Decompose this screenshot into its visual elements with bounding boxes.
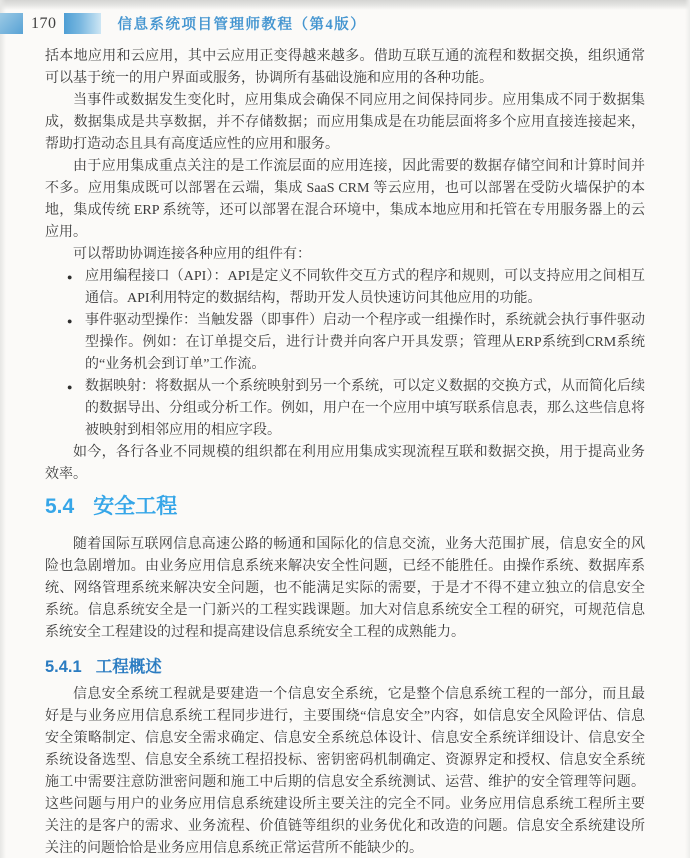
bullet-item-text: 数据映射：将数据从一个系统映射到另一个系统，可以定义数据的交换方式，从而简化后续…: [85, 376, 645, 442]
bullet-list: ● 应用编程接口（API）：API是定义不同软件交互方式的程序和规则，可以支持应…: [45, 266, 645, 442]
body-paragraph-components-lead-in: 可以帮助协调连接各种应用的组件有：: [45, 244, 645, 266]
bullet-dot-icon: ●: [67, 376, 85, 442]
subsection-paragraph: 信息安全系统工程就是要建造一个信息安全系统，它是整个信息系统工程的一部分，而且最…: [45, 684, 645, 858]
bullet-item-text: 事件驱动型操作：当触发器（即事件）启动一个程序或一组操作时，系统就会执行事件驱动…: [85, 310, 645, 376]
header-accent-bar: [64, 13, 101, 34]
book-title: 信息系统项目管理师教程（第4版）: [118, 13, 367, 34]
bullet-item-data-mapping: ● 数据映射：将数据从一个系统映射到另一个系统，可以定义数据的交换方式，从而简化…: [67, 376, 645, 442]
book-page: 170 信息系统项目管理师教程（第4版） 括本地应用和云应用，其中云应用正变得越…: [0, 0, 690, 858]
bullet-dot-icon: ●: [67, 310, 85, 376]
body-paragraph-continuation: 括本地应用和云应用，其中云应用正变得越来越多。借助互联互通的流程和数据交换，组织…: [45, 46, 645, 90]
page-body: 括本地应用和云应用，其中云应用正变得越来越多。借助互联互通的流程和数据交换，组织…: [45, 46, 645, 858]
header-left-bar: [0, 13, 23, 34]
bullet-item-event-driven: ● 事件驱动型操作：当触发器（即事件）启动一个程序或一组操作时，系统就会执行事件…: [67, 310, 645, 376]
bullet-item-api: ● 应用编程接口（API）：API是定义不同软件交互方式的程序和规则，可以支持应…: [67, 266, 645, 310]
subsection-title: 工程概述: [96, 658, 162, 676]
subsection-number: 5.4.1: [45, 658, 82, 676]
scan-left-edge: [0, 0, 6, 858]
scan-top-edge: [0, 0, 690, 10]
body-paragraph-deployment: 由于应用集成重点关注的是工作流层面的应用连接，因此需要的数据存储空间和计算时间并…: [45, 156, 645, 244]
section-intro-paragraph: 随着国际互联网信息高速公路的畅通和国际化的信息交流，业务大范围扩展，信息安全的风…: [45, 534, 645, 644]
bullet-item-text: 应用编程接口（API）：API是定义不同软件交互方式的程序和规则，可以支持应用之…: [85, 266, 645, 310]
page-number: 170: [23, 15, 64, 33]
subsection-heading-5-4-1: 5.4.1工程概述: [45, 656, 645, 678]
body-paragraph-closing: 如今，各行各业不同规模的组织都在利用应用集成实现流程互联和数据交换，用于提高业务…: [45, 442, 645, 486]
section-number: 5.4: [45, 495, 74, 518]
bullet-dot-icon: ●: [67, 266, 85, 310]
section-heading-5-4: 5.4安全工程: [45, 494, 645, 520]
page-header: 170 信息系统项目管理师教程（第4版）: [0, 13, 690, 34]
body-paragraph-event-sync: 当事件或数据发生变化时，应用集成会确保不同应用之间保持同步。应用集成不同于数据集…: [45, 90, 645, 156]
section-title: 安全工程: [93, 495, 177, 518]
scan-right-edge: [685, 0, 690, 858]
